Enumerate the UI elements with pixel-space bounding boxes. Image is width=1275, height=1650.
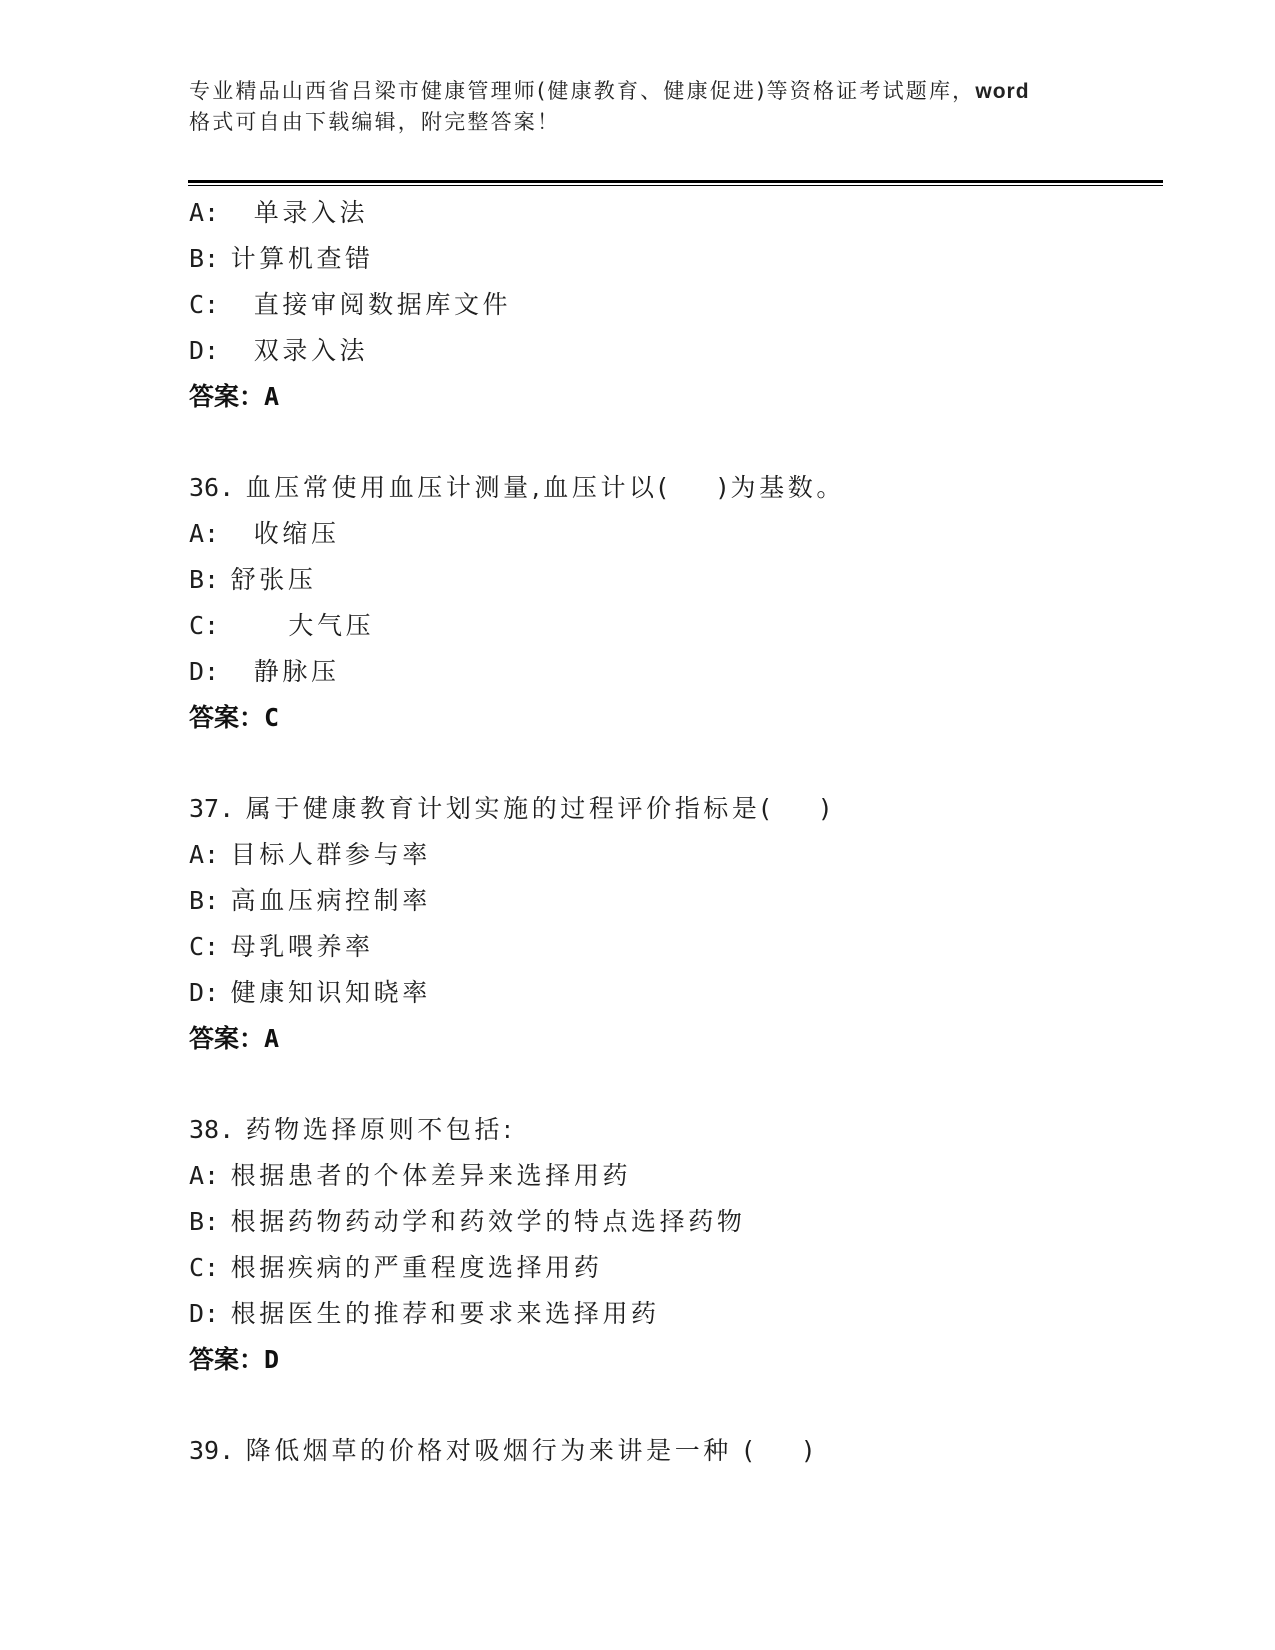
option-text: 舒张压 <box>231 565 317 594</box>
question-stem: 36. 血压常使用血压计测量,血压计以( )为基数。 <box>189 473 845 503</box>
header-divider-thin <box>188 185 1163 186</box>
answer-value: D <box>264 1345 279 1374</box>
option-text: 根据医生的推荐和要求来选择用药 <box>231 1299 660 1328</box>
option-label: A: <box>189 519 219 548</box>
option-b: B: 高血压病控制率 <box>189 886 431 916</box>
option-label: D: <box>189 336 219 365</box>
option-label: B: <box>189 886 219 915</box>
option-text: 目标人群参与率 <box>231 840 431 869</box>
option-text: 高血压病控制率 <box>231 886 431 915</box>
question-text: 血压常使用血压计测量,血压计以( )为基数。 <box>246 473 845 502</box>
header-divider-thick <box>188 180 1163 183</box>
answer-value: A <box>264 1024 279 1053</box>
question-stem: 39. 降低烟草的价格对吸烟行为来讲是一种 ( ) <box>189 1436 816 1466</box>
question-stem: 37. 属于健康教育计划实施的过程评价指标是( ) <box>189 794 833 824</box>
option-label: C: <box>189 290 219 319</box>
option-b: B: 计算机查错 <box>189 244 374 274</box>
option-label: D: <box>189 978 219 1007</box>
question-number: 36. <box>189 473 234 502</box>
option-a: A: 单录入法 <box>189 198 368 228</box>
option-text: 静脉压 <box>231 657 340 686</box>
option-text: 双录入法 <box>231 336 369 365</box>
answer-label: 答案： <box>189 1345 264 1374</box>
option-text: 根据疾病的严重程度选择用药 <box>231 1253 603 1282</box>
answer-line: 答案：A <box>189 1024 279 1054</box>
header-word-format: word <box>975 80 1029 103</box>
option-text: 直接审阅数据库文件 <box>231 290 512 319</box>
question-stem: 38. 药物选择原则不包括: <box>189 1115 515 1145</box>
option-text: 大气压 <box>231 611 375 640</box>
option-label: C: <box>189 932 219 961</box>
header-line-2: 格式可自由下载编辑，附完整答案！ <box>189 107 1169 138</box>
option-text: 收缩压 <box>231 519 340 548</box>
option-text: 母乳喂养率 <box>231 932 374 961</box>
answer-value: A <box>264 382 279 411</box>
document-header: 专业精品山西省吕梁市健康管理师(健康教育、健康促进)等资格证考试题库，word … <box>189 76 1169 138</box>
option-label: B: <box>189 244 219 273</box>
answer-label: 答案： <box>189 1024 264 1053</box>
option-d: D: 双录入法 <box>189 336 368 366</box>
option-b: B: 舒张压 <box>189 565 316 595</box>
option-d: D: 健康知识知晓率 <box>189 978 431 1008</box>
question-text: 属于健康教育计划实施的过程评价指标是( ) <box>246 794 834 823</box>
option-text: 根据患者的个体差异来选择用药 <box>231 1161 631 1190</box>
option-a: A: 根据患者的个体差异来选择用药 <box>189 1161 631 1191</box>
option-label: A: <box>189 1161 219 1190</box>
option-label: B: <box>189 1207 219 1236</box>
question-text: 药物选择原则不包括: <box>246 1115 515 1144</box>
option-c: C: 直接审阅数据库文件 <box>189 290 511 320</box>
answer-line: 答案：D <box>189 1345 279 1375</box>
option-label: A: <box>189 840 219 869</box>
option-a: A: 目标人群参与率 <box>189 840 431 870</box>
option-c: C: 根据疾病的严重程度选择用药 <box>189 1253 602 1283</box>
option-label: D: <box>189 1299 219 1328</box>
answer-line: 答案：A <box>189 382 279 412</box>
option-d: D: 根据医生的推荐和要求来选择用药 <box>189 1299 660 1329</box>
option-d: D: 静脉压 <box>189 657 340 687</box>
option-a: A: 收缩压 <box>189 519 340 549</box>
question-number: 39. <box>189 1436 234 1465</box>
answer-line: 答案：C <box>189 703 279 733</box>
option-c: C: 大气压 <box>189 611 374 641</box>
question-number: 37. <box>189 794 234 823</box>
option-text: 计算机查错 <box>231 244 374 273</box>
answer-value: C <box>264 703 279 732</box>
answer-label: 答案： <box>189 703 264 732</box>
option-text: 根据药物药动学和药效学的特点选择药物 <box>231 1207 746 1236</box>
option-label: C: <box>189 1253 219 1282</box>
header-line-1: 专业精品山西省吕梁市健康管理师(健康教育、健康促进)等资格证考试题库，word <box>189 76 1169 107</box>
question-text: 降低烟草的价格对吸烟行为来讲是一种 ( ) <box>246 1436 817 1465</box>
option-b: B: 根据药物药动学和药效学的特点选择药物 <box>189 1207 745 1237</box>
answer-label: 答案： <box>189 382 264 411</box>
option-label: D: <box>189 657 219 686</box>
option-text: 单录入法 <box>231 198 369 227</box>
option-label: A: <box>189 198 219 227</box>
option-text: 健康知识知晓率 <box>231 978 431 1007</box>
question-number: 38. <box>189 1115 234 1144</box>
option-label: C: <box>189 611 219 640</box>
header-title-text: 专业精品山西省吕梁市健康管理师(健康教育、健康促进)等资格证考试题库， <box>189 79 975 103</box>
option-c: C: 母乳喂养率 <box>189 932 374 962</box>
option-label: B: <box>189 565 219 594</box>
